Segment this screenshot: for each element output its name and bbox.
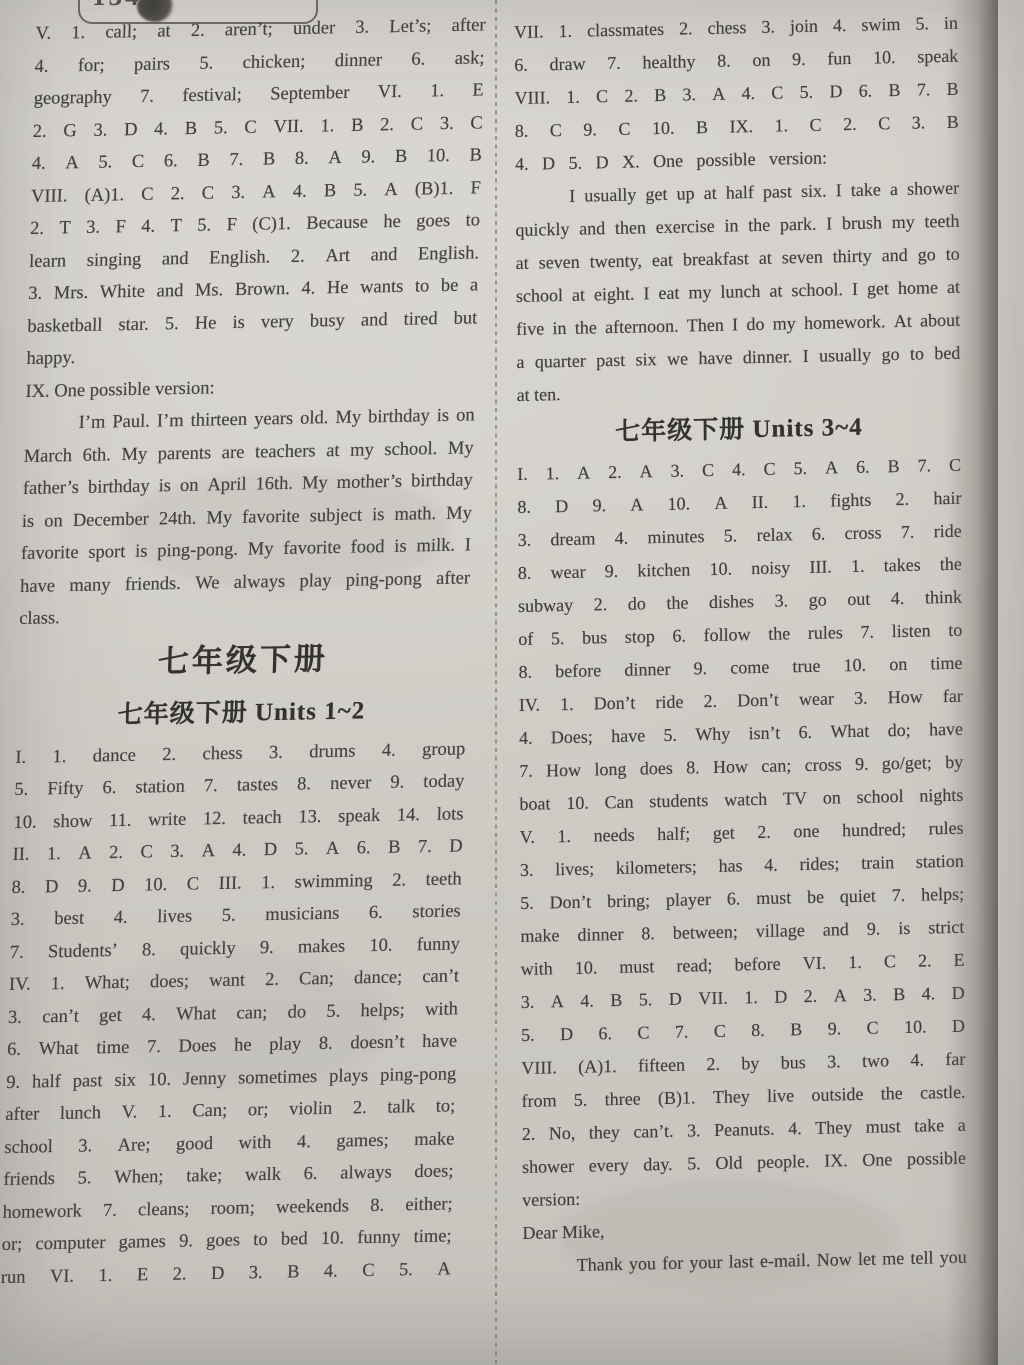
next-page-edge xyxy=(998,0,1024,1365)
section-heading: 七年级下册 xyxy=(17,627,469,694)
page-number: 134 xyxy=(92,0,142,12)
left-column: V. 1. call; at 2. aren’t; under 3. Let’s… xyxy=(0,9,486,1294)
section-heading: 七年级下册 Units 1~2 xyxy=(16,685,467,742)
book-page-photo: 134 V. 1. call; at 2. aren’t; under 3. L… xyxy=(0,0,1024,1365)
right-column: VII. 1. classmates 2. chess 3. join 4. s… xyxy=(514,7,967,1283)
column-divider xyxy=(495,0,497,1365)
